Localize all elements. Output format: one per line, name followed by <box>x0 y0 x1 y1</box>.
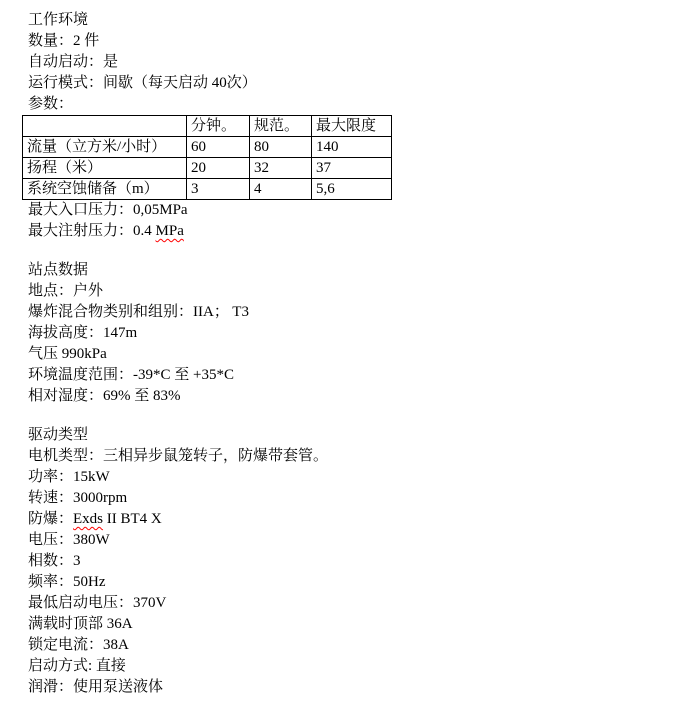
cell-value: 37 <box>312 158 392 179</box>
motor-type-line: 电机类型：三相异步鼠笼转子，防爆带套管。 <box>28 446 670 467</box>
max-injection-pressure-line: 最大注射压力：0.4 MPa <box>28 221 670 242</box>
blank-line <box>28 407 670 425</box>
row-label: 系统空蚀储备（m） <box>23 179 187 200</box>
cell-value: 60 <box>187 137 250 158</box>
table-header-nominal: 规范。 <box>250 116 312 137</box>
auto-start-line: 自动启动：是 <box>28 52 670 73</box>
voltage-line: 电压：380W <box>28 530 670 551</box>
section-title-drive-type: 驱动类型 <box>28 425 670 446</box>
run-mode-line: 运行模式：间歇（每天启动 40次） <box>28 73 670 94</box>
table-row-cavitation-reserve: 系统空蚀储备（m） 3 4 5,6 <box>23 179 392 200</box>
table-header-min: 分钟。 <box>187 116 250 137</box>
cell-value: 140 <box>312 137 392 158</box>
spellcheck-flagged-text: Exds <box>73 511 103 527</box>
locked-rotor-current-line: 锁定电流：38A <box>28 635 670 656</box>
cell-value: 3 <box>187 179 250 200</box>
line-text: 防爆： <box>28 511 73 527</box>
altitude-line: 海拔高度：147m <box>28 323 670 344</box>
parameters-label: 参数： <box>28 94 670 115</box>
line-text: II BT4 X <box>103 511 162 527</box>
start-method-line: 启动方式: 直接 <box>28 656 670 677</box>
parameters-table: 分钟。 规范。 最大限度 流量（立方米/小时） 60 80 140 扬程（米） … <box>22 115 392 200</box>
air-pressure-line: 气压 990kPa <box>28 344 670 365</box>
cell-value: 4 <box>250 179 312 200</box>
full-load-current-line: 满载时顶部 36A <box>28 614 670 635</box>
cell-value: 32 <box>250 158 312 179</box>
section-title-work-environment: 工作环境 <box>28 10 670 31</box>
table-row-head: 扬程（米） 20 32 37 <box>23 158 392 179</box>
table-header-empty <box>23 116 187 137</box>
location-line: 地点：户外 <box>28 281 670 302</box>
section-title-site-data: 站点数据 <box>28 260 670 281</box>
frequency-line: 频率：50Hz <box>28 572 670 593</box>
lubrication-line: 润滑：使用泵送液体 <box>28 677 670 698</box>
ambient-temperature-line: 环境温度范围：-39*C 至 +35*C <box>28 365 670 386</box>
explosion-proof-line: 防爆：Exds II BT4 X <box>28 509 670 530</box>
phases-line: 相数：3 <box>28 551 670 572</box>
row-label: 扬程（米） <box>23 158 187 179</box>
cell-value: 5,6 <box>312 179 392 200</box>
table-row-flow: 流量（立方米/小时） 60 80 140 <box>23 137 392 158</box>
document-page: 工作环境 数量：2 件 自动启动：是 运行模式：间歇（每天启动 40次） 参数：… <box>0 0 680 698</box>
quantity-line: 数量：2 件 <box>28 31 670 52</box>
table-header-row: 分钟。 规范。 最大限度 <box>23 116 392 137</box>
cell-value: 80 <box>250 137 312 158</box>
relative-humidity-line: 相对湿度：69% 至 83% <box>28 386 670 407</box>
line-text: 最大注射压力：0.4 <box>28 223 156 239</box>
explosive-mixture-line: 爆炸混合物类别和组别：IIA； T3 <box>28 302 670 323</box>
spellcheck-flagged-text: MPa <box>156 223 184 239</box>
power-line: 功率：15kW <box>28 467 670 488</box>
min-start-voltage-line: 最低启动电压：370V <box>28 593 670 614</box>
blank-line <box>28 242 670 260</box>
cell-value: 20 <box>187 158 250 179</box>
max-inlet-pressure-line: 最大入口压力：0,05MPa <box>28 200 670 221</box>
table-header-max: 最大限度 <box>312 116 392 137</box>
row-label: 流量（立方米/小时） <box>23 137 187 158</box>
speed-line: 转速：3000rpm <box>28 488 670 509</box>
